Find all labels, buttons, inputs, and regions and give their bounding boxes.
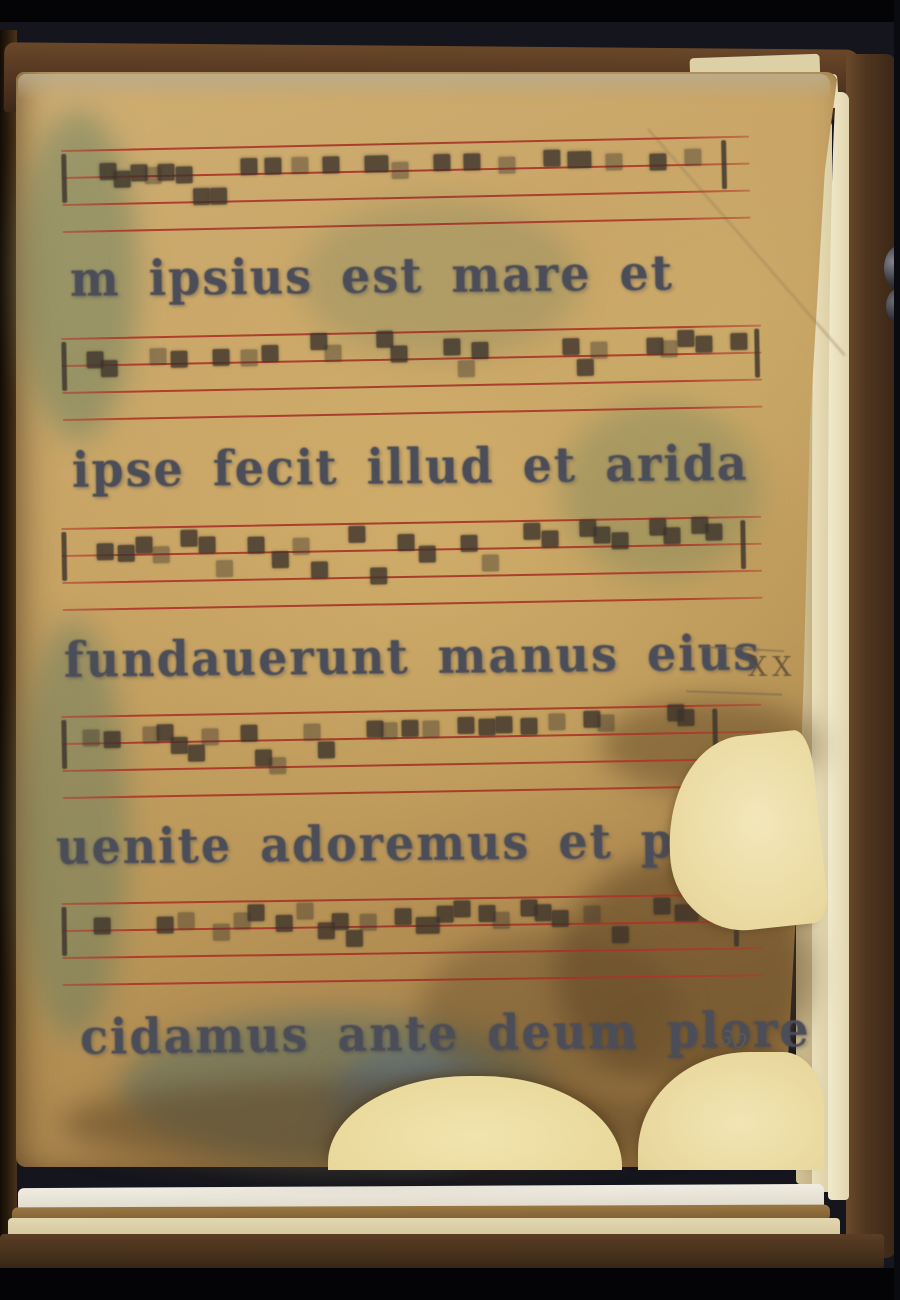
- neume: [457, 360, 474, 377]
- neume: [240, 158, 257, 175]
- neume: [118, 544, 135, 561]
- neume: [210, 187, 227, 204]
- neume: [177, 912, 194, 929]
- staff-line: [62, 379, 762, 395]
- neume: [453, 900, 470, 917]
- neume: [677, 709, 694, 726]
- staff-line: [62, 190, 750, 207]
- staff-bar: [61, 720, 67, 769]
- neume: [359, 914, 376, 931]
- chant-text-line-1: m ipsius est mare et: [70, 244, 675, 308]
- music-staff-5: [61, 893, 762, 987]
- neume: [269, 757, 286, 774]
- neume: [296, 902, 313, 919]
- staff-bar: [740, 520, 746, 569]
- manuscript-photo: m ipsius est mare et ipse fecit illud et…: [0, 0, 900, 1300]
- neume: [730, 333, 747, 350]
- neume: [583, 905, 600, 922]
- neume: [460, 534, 477, 551]
- neume: [520, 717, 537, 734]
- photo-frame-right: [894, 0, 900, 1300]
- neume: [611, 532, 628, 549]
- neume: [113, 170, 130, 187]
- neume: [170, 351, 187, 368]
- neume: [180, 530, 197, 547]
- neume: [198, 536, 215, 553]
- neume: [523, 522, 540, 539]
- neume: [492, 912, 509, 929]
- book-cover-left-edge: [0, 30, 17, 1262]
- staff-bar: [754, 329, 760, 378]
- neume: [240, 725, 257, 742]
- staff-line: [62, 570, 762, 585]
- neume: [216, 560, 233, 577]
- neume: [158, 164, 175, 181]
- neume: [464, 153, 481, 170]
- neume: [534, 904, 551, 921]
- neume: [433, 154, 450, 171]
- neume: [331, 913, 348, 930]
- neume: [240, 349, 257, 366]
- neume: [323, 156, 340, 173]
- neume: [705, 523, 722, 540]
- neume: [401, 719, 418, 736]
- neume: [576, 359, 593, 376]
- staff-bar: [61, 532, 67, 581]
- neume: [104, 731, 121, 748]
- neume: [272, 551, 289, 568]
- neume: [370, 567, 387, 584]
- neume: [593, 527, 610, 544]
- neume: [188, 745, 205, 762]
- quire-mark: XX: [748, 652, 796, 683]
- neume: [567, 151, 591, 168]
- neume: [149, 348, 166, 365]
- neume: [202, 728, 219, 745]
- music-staff-3: [61, 516, 762, 612]
- neume: [543, 149, 560, 166]
- neume: [175, 166, 192, 183]
- neume: [611, 926, 628, 943]
- neume: [392, 162, 409, 179]
- staff-bar: [61, 907, 67, 956]
- neume: [650, 154, 667, 171]
- neume: [548, 713, 565, 730]
- music-staff-2: [61, 325, 762, 422]
- neume: [397, 534, 414, 551]
- neume: [597, 715, 614, 732]
- neume: [93, 917, 110, 934]
- neume: [364, 155, 388, 172]
- photo-frame-top: [0, 0, 900, 22]
- neume: [422, 720, 439, 737]
- staff-bar: [61, 342, 67, 391]
- neume: [193, 188, 210, 205]
- neume: [684, 149, 701, 166]
- neume: [310, 561, 327, 578]
- neume: [695, 335, 712, 352]
- page-stack-right: [828, 92, 849, 1200]
- neume: [443, 339, 460, 356]
- neume: [247, 904, 264, 921]
- neume: [541, 530, 558, 547]
- neume: [552, 910, 569, 927]
- photo-frame-bottom: [0, 1268, 900, 1300]
- neume: [653, 897, 670, 914]
- neume: [303, 724, 320, 741]
- neume: [390, 345, 407, 362]
- neume: [212, 924, 229, 941]
- neume: [660, 340, 677, 357]
- book-cover-right-edge: [846, 54, 896, 1258]
- music-staff-1: [61, 136, 751, 234]
- neume: [261, 345, 278, 362]
- neume: [677, 330, 694, 347]
- neume: [100, 360, 117, 377]
- neume: [471, 342, 488, 359]
- neume: [478, 718, 495, 735]
- neume: [97, 543, 114, 560]
- chant-text-line-5: cidamus ante deum plore: [80, 1001, 811, 1066]
- chant-text-line-2: ipse fecit illud et arida: [72, 434, 749, 498]
- music-staff-4: [61, 704, 762, 800]
- neume: [590, 341, 607, 358]
- neume: [212, 348, 229, 365]
- neume: [605, 153, 622, 170]
- staff-line: [62, 947, 762, 959]
- neume: [292, 157, 309, 174]
- neume: [247, 537, 264, 554]
- neume: [436, 906, 453, 923]
- neume: [495, 716, 512, 733]
- chant-text-line-3: fundauerunt manus eius: [64, 624, 762, 689]
- neume: [348, 525, 365, 542]
- neume: [156, 916, 173, 933]
- neume: [482, 554, 499, 571]
- neume: [317, 741, 334, 758]
- neume: [345, 930, 362, 947]
- neume: [292, 537, 309, 554]
- neume: [419, 546, 436, 563]
- neume: [498, 157, 515, 174]
- neume: [457, 717, 474, 734]
- neume: [170, 737, 187, 754]
- neume: [663, 527, 680, 544]
- folio-number: 30: [718, 1025, 749, 1054]
- neume: [324, 345, 341, 362]
- neume: [275, 915, 292, 932]
- neume: [380, 722, 397, 739]
- staff-line: [62, 758, 762, 773]
- neume: [264, 158, 281, 175]
- parchment-top-edge: [18, 74, 830, 100]
- neume: [562, 338, 579, 355]
- neume: [153, 546, 170, 563]
- neume: [135, 536, 152, 553]
- staff-bar: [61, 154, 67, 203]
- chant-text-line-4: uenite adoremus et pro: [56, 811, 735, 875]
- neume: [83, 729, 100, 746]
- neume: [394, 908, 411, 925]
